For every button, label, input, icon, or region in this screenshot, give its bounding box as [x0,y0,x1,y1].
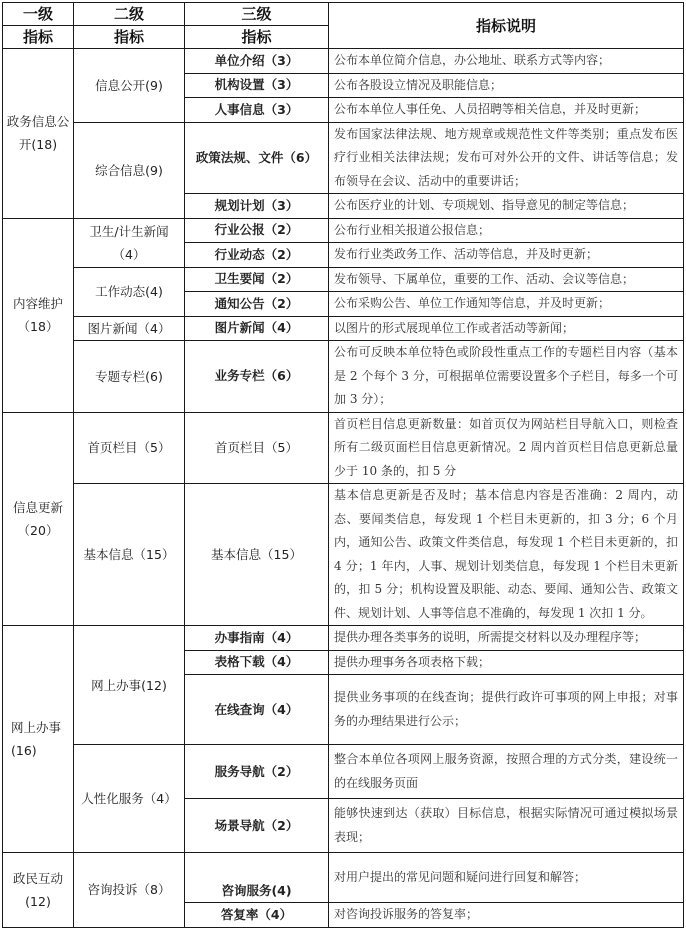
description-cell: 发布行业类政务工作、活动等信息，并及时更新； [329,243,684,268]
header-level1: 一级 [3,3,74,26]
level3-cell: 通知公告（2） [185,292,329,317]
level3-cell: 规划计划（3） [185,194,329,219]
level3-cell: 答复率（4） [185,903,329,928]
description-cell: 整合本单位各项网上服务资源，按照合理的方式分类，建设统一的在线服务页面 [329,745,684,799]
description-cell: 发布国家法律法规、地方规章或规范性文件等类别；重点发布医疗行业相关法律法规；发布… [329,122,684,194]
level3-cell: 卫生要闻（2） [185,267,329,292]
table-row: 图片新闻（4） 图片新闻（4） 以图片的形式展现单位工作或者活动等新闻； [3,316,684,341]
level3-cell: 图片新闻（4） [185,316,329,341]
description-cell: 基本信息更新是否及时；基本信息内容是否准确：2 周内，动态、要闻类信息，每发现 … [329,484,684,626]
level3-cell: 场景导航（2） [185,799,329,853]
table-row: 信息更新（20） 首页栏目（5） 首页栏目（5） 首页栏目信息更新数量：如首页仅… [3,412,684,484]
level1-cell: 内容维护（18） [3,218,74,412]
table-row: 工作动态(4) 卫生要闻（2） 发布领导、下属单位，重要的工作、活动、会议等信息… [3,267,684,292]
level3-cell: 行业动态（2） [185,243,329,268]
level3-cell: 人事信息（3） [185,98,329,123]
description-cell: 提供业务事项的在线查询；提供行政许可事项的网上申报；对事务的办理结果进行公示； [329,675,684,745]
level2-cell: 咨询投诉（8） [74,853,185,928]
level1-cell: 网上办事(16) [3,626,74,853]
level2-cell: 综合信息(9) [74,122,185,218]
level3-cell: 政策法规、文件（6） [185,122,329,194]
description-cell: 公布本单位简介信息，办公地址、联系方式等内容； [329,49,684,74]
table-row: 政务信息公开(18) 信息公开(9) 单位介绍（3） 公布本单位简介信息，办公地… [3,49,684,74]
description-cell: 公布医疗业的计划、专项规划、指导意见的制定等信息； [329,194,684,219]
level1-cell: 政务信息公开(18) [3,49,74,219]
header-indicator-2: 指标 [74,26,185,49]
level3-cell: 在线查询（4） [185,675,329,745]
table-row: 基本信息（15） 基本信息（15） 基本信息更新是否及时；基本信息内容是否准确：… [3,484,684,626]
level3-cell: 首页栏目（5） [185,412,329,484]
table-row: 综合信息(9) 政策法规、文件（6） 发布国家法律法规、地方规章或规范性文件等类… [3,122,684,194]
table-row: 网上办事(16) 网上办事(12) 办事指南（4） 提供办理各类事务的说明，所需… [3,626,684,651]
level2-cell: 图片新闻（4） [74,316,185,341]
level3-cell: 办事指南（4） [185,626,329,651]
description-cell: 对咨询投诉服务的答复率； [329,903,684,928]
level2-cell: 网上办事(12) [74,626,185,745]
header-indicator-3: 指标 [185,26,329,49]
header-description: 指标说明 [329,3,684,49]
description-cell: 公布采购公告、单位工作通知等信息，并及时更新； [329,292,684,317]
description-cell: 提供办理各类事务的说明，所需提交材料以及办理程序等； [329,626,684,651]
level3-cell: 单位介绍（3） [185,49,329,74]
level3-cell: 行业公报（2） [185,218,329,243]
table-row: 人性化服务（4） 服务导航（2） 整合本单位各项网上服务资源，按照合理的方式分类… [3,745,684,799]
description-cell: 首页栏目信息更新数量：如首页仅为网站栏目导航入口，则检查所有二级页面栏目信息更新… [329,412,684,484]
description-cell: 对用户提出的常见问题和疑问进行回复和解答； [329,853,684,903]
level2-cell: 专题专栏(6) [74,341,185,413]
level3-cell: 基本信息（15） [185,484,329,626]
level2-cell: 信息公开(9) [74,49,185,123]
description-cell: 公布可反映本单位特色或阶段性重点工作的专题栏目内容（基本是 2 个每个 3 分，… [329,341,684,413]
level1-cell: 信息更新（20） [3,412,74,626]
description-cell: 以图片的形式展现单位工作或者活动等新闻； [329,316,684,341]
level3-cell: 咨询服务(4) [185,853,329,903]
description-cell: 公布本单位人事任免、人员招聘等相关信息，并及时更新； [329,98,684,123]
level2-cell: 首页栏目（5） [74,412,185,484]
description-cell: 发布领导、下属单位，重要的工作、活动、会议等信息； [329,267,684,292]
table-row: 内容维护（18） 卫生/计生新闻（4） 行业公报（2） 公布行业相关报道公报信息… [3,218,684,243]
level3-cell: 机构设置（3） [185,73,329,98]
level2-cell: 基本信息（15） [74,484,185,626]
level3-cell: 表格下载（4） [185,650,329,675]
description-cell: 能够快速到达（获取）目标信息，根据实际情况可通过模拟场景表现； [329,799,684,853]
table-row: 政民互动(12) 咨询投诉（8） 咨询服务(4) 对用户提出的常见问题和疑问进行… [3,853,684,903]
indicator-table: 一级 二级 三级 指标说明 指标 指标 指标 政务信息公开(18) 信息公开(9… [2,2,684,928]
table-row: 专题专栏(6) 业务专栏（6） 公布可反映本单位特色或阶段性重点工作的专题栏目内… [3,341,684,413]
level3-cell: 服务导航（2） [185,745,329,799]
level2-cell: 人性化服务（4） [74,745,185,853]
level2-cell: 工作动态(4) [74,267,185,316]
level1-cell: 政民互动(12) [3,853,74,928]
level2-cell: 卫生/计生新闻（4） [74,218,185,267]
description-cell: 公布行业相关报道公报信息； [329,218,684,243]
level3-cell: 业务专栏（6） [185,341,329,413]
description-cell: 提供办理事务各项表格下载； [329,650,684,675]
description-cell: 公布各股设立情况及职能信息； [329,73,684,98]
header-level3: 三级 [185,3,329,26]
header-indicator-1: 指标 [3,26,74,49]
header-level2: 二级 [74,3,185,26]
